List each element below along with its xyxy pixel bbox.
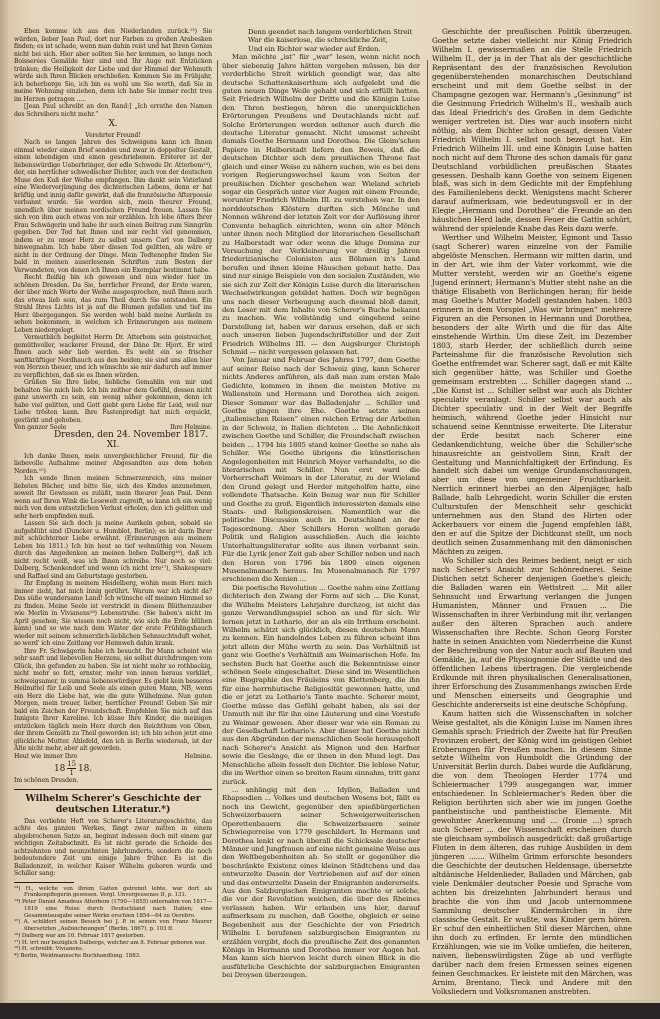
- date-year-suffix: 18.: [78, 764, 92, 774]
- paragraph: Lassen Sie sich doch ja meine Aurikeln g…: [14, 520, 212, 580]
- paragraph: Ich sende Ihnen meinen Schmerzenreich, e…: [14, 475, 212, 520]
- verse-line: Denn geendet nach langem verderblichen S…: [222, 28, 420, 36]
- paragraph: Eben komme ich aus den Niederlanden zurü…: [14, 28, 212, 103]
- paragraph: Grüßen Sie Ihre liebe, liebliche Gemahli…: [14, 379, 212, 424]
- date-fraction: 151: [67, 760, 76, 777]
- fraction-date: 1815118.: [14, 760, 212, 777]
- footnote: *) Berlin, Weidmannsche Buchhandlung. 18…: [14, 953, 212, 960]
- paragraph: ... anhängig mit den ... Idyllen, Ballad…: [222, 786, 420, 980]
- paragraph: Vermuthlich begleitet Herrn Dr. Atterbom…: [14, 334, 212, 379]
- column-rule: [217, 60, 218, 940]
- letter-number: XI.: [14, 442, 212, 450]
- article-title: Wilhelm Scherer's Geschichte der deutsch…: [14, 793, 212, 815]
- paragraph: Recht fleißig bin ich gewesen und nun wi…: [14, 274, 212, 334]
- footnote: ¹³) H., welche von ihrem Gatten getrennt…: [14, 886, 212, 900]
- paragraph: Nach so langen Jahren des Schweigens kan…: [14, 139, 212, 274]
- paragraph: Geschichte der preußischen Politik überz…: [432, 28, 632, 234]
- verse-line: Und ein Richter war wieder auf Erden.: [222, 45, 420, 53]
- paragraph: Man möchte „ist“ für „war“ lesen, wenn n…: [222, 53, 420, 356]
- column-3: Geschichte der preußischen Politik überz…: [432, 28, 632, 997]
- section-divider: [14, 789, 212, 790]
- paragraph: Ich danke Ihnen, mein unvergleichlicher …: [14, 453, 212, 476]
- letter-dateline: Dresden, den 24. November 1817.: [14, 432, 212, 440]
- paragraph: Werther und Wilhelm Meister, Egmont und …: [432, 234, 632, 557]
- letter-number: X.: [14, 121, 212, 129]
- verse-quote: Denn geendet nach langem verderblichen S…: [222, 28, 420, 53]
- paragraph: Ihr Empfang in meinem Heidelberg, wohin …: [14, 580, 212, 648]
- paragraph: [Jean Paul schreibt an den Rand:] „Ich e…: [14, 103, 212, 118]
- salutation: Verehrter Freund!: [14, 132, 212, 140]
- column-2: Denn geendet nach langem verderblichen S…: [222, 28, 420, 980]
- page-edge-shadow: [0, 0, 8, 1019]
- letter-signature: Heut wie immer IhreHelmine.: [14, 753, 212, 761]
- scan-bottom-border: [0, 1003, 660, 1019]
- paragraph: Wo Schiller sich des Reimes bedient, nei…: [432, 557, 632, 709]
- signature-name: Helmine.: [185, 753, 212, 761]
- paragraph: Das verliehte Heft von Scherer's Literat…: [14, 818, 212, 878]
- column-1: Eben komme ich aus den Niederlanden zurü…: [14, 28, 212, 960]
- verse-line: War die kaiserlose, die schreckliche Zei…: [222, 36, 420, 44]
- footnote: ¹⁵) A. schildert seinen Besuch bei J. P.…: [14, 919, 212, 933]
- paragraph: Die poetische Revolution ... Goethe nahm…: [222, 584, 420, 786]
- footnote: ¹⁴) Peter Daniel Amadeus Atterbom (1790—…: [14, 899, 212, 919]
- column-rule: [427, 60, 428, 940]
- closing-phrase: Heut wie immer Ihre: [14, 753, 77, 761]
- date-year-prefix: 18: [54, 764, 65, 774]
- paragraph: Von Januar und Februar des Jahres 1797, …: [222, 356, 420, 583]
- footnote-divider: [14, 882, 74, 883]
- paragraph: Kaum hatten sich die Wissenschaften in s…: [432, 710, 632, 997]
- footnote: ¹⁶) Dalberg war am 10. Februar 1817 gest…: [14, 933, 212, 940]
- paragraph: Ihre Fr. Schwägerin habe ich besucht. Ih…: [14, 648, 212, 753]
- place-line: Im schönen Dresden.: [14, 777, 212, 785]
